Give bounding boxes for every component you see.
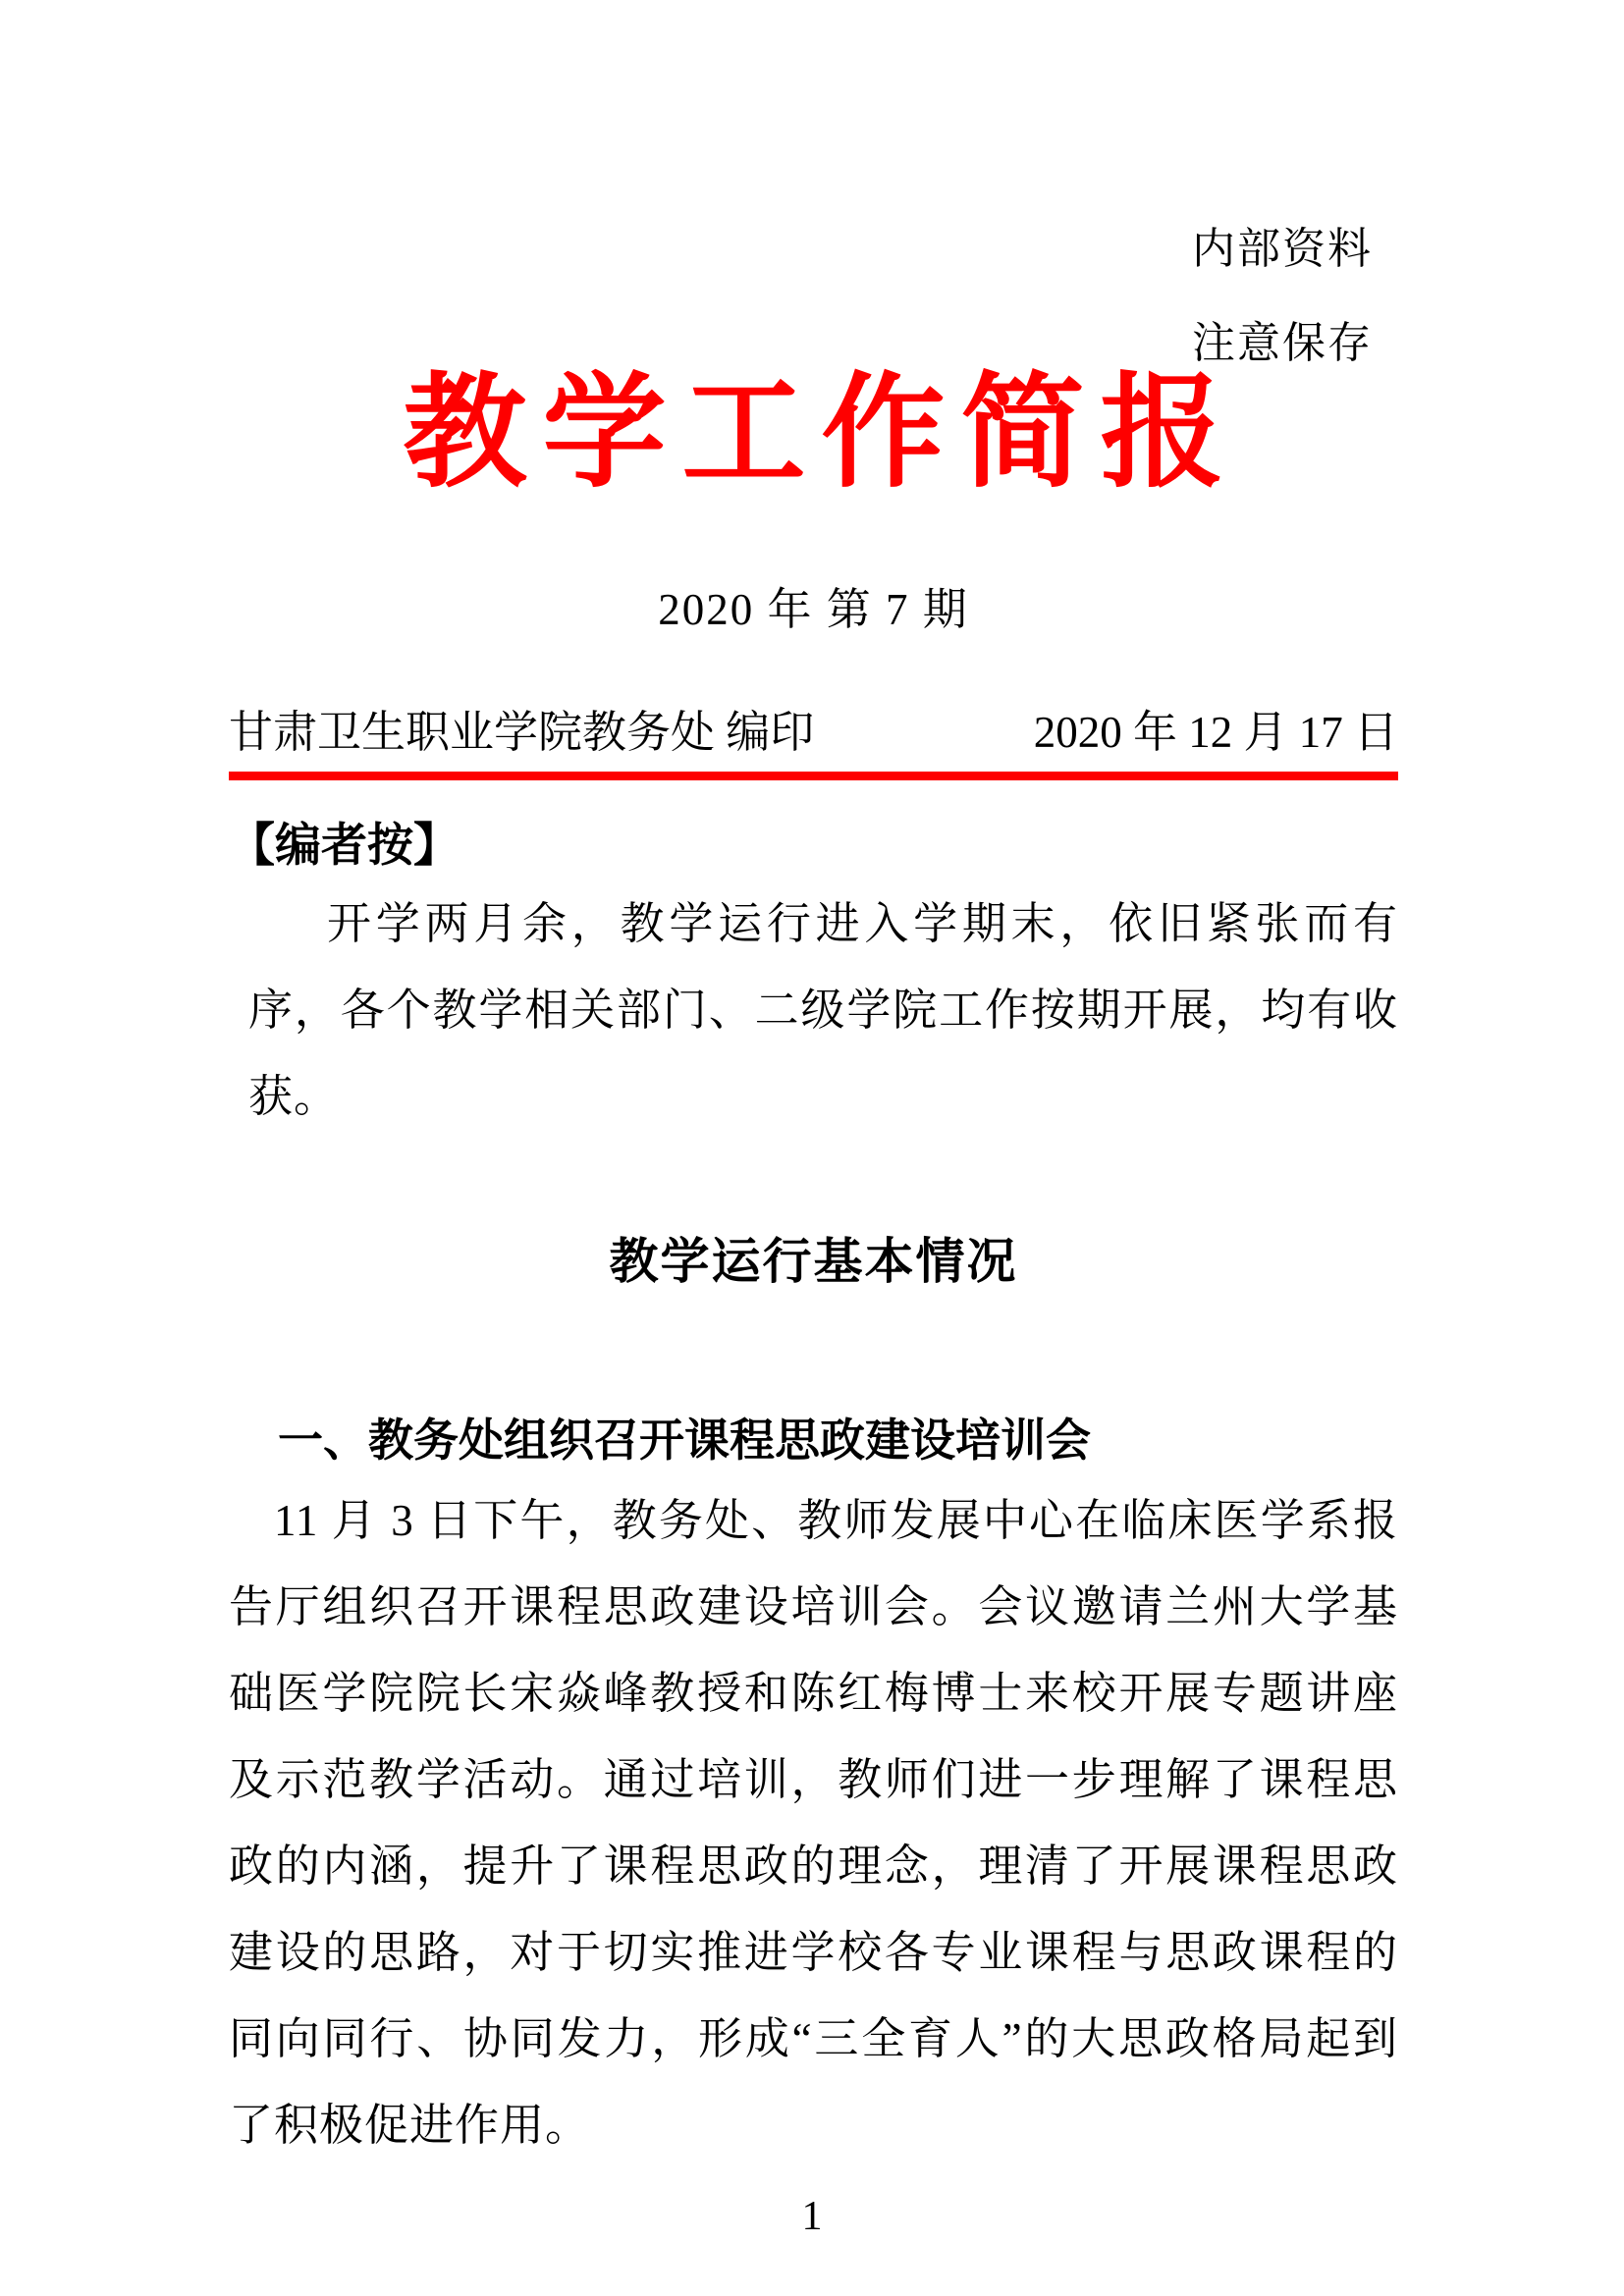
classification-line-2: 注意保存 (1192, 296, 1373, 391)
publisher-row: 甘肃卫生职业学院教务处 编印 2020 年 12 月 17 日 (229, 707, 1398, 758)
publisher-name: 甘肃卫生职业学院教务处 编印 (229, 707, 814, 758)
masthead-rule (229, 772, 1398, 780)
main-heading: 教学运行基本情况 (229, 1234, 1398, 1289)
publish-date: 2020 年 12 月 17 日 (1034, 707, 1398, 758)
section-1-paragraph: 11 月 3 日下午，教务处、教师发展中心在临床医学系报告厅组织召开课程思政建设… (229, 1477, 1398, 2168)
editor-note-label: 【编者按】 (229, 820, 1398, 873)
classification-line-1: 内部资料 (1192, 202, 1373, 296)
editor-note-text: 开学两月余，教学运行进入学期末，依旧紧张而有序，各个教学相关部门、二级学院工作按… (248, 881, 1398, 1140)
document-page: 内部资料 注意保存 教学工作简报 2020 年 第 7 期 甘肃卫生职业学院教务… (0, 0, 1624, 2296)
section-1-heading: 一、教务处组织召开课程思政建设培训会 (229, 1415, 1398, 1468)
classification-block: 内部资料 注意保存 (1192, 202, 1373, 391)
issue-line: 2020 年 第 7 期 (229, 584, 1398, 635)
page-number: 1 (0, 2194, 1624, 2239)
